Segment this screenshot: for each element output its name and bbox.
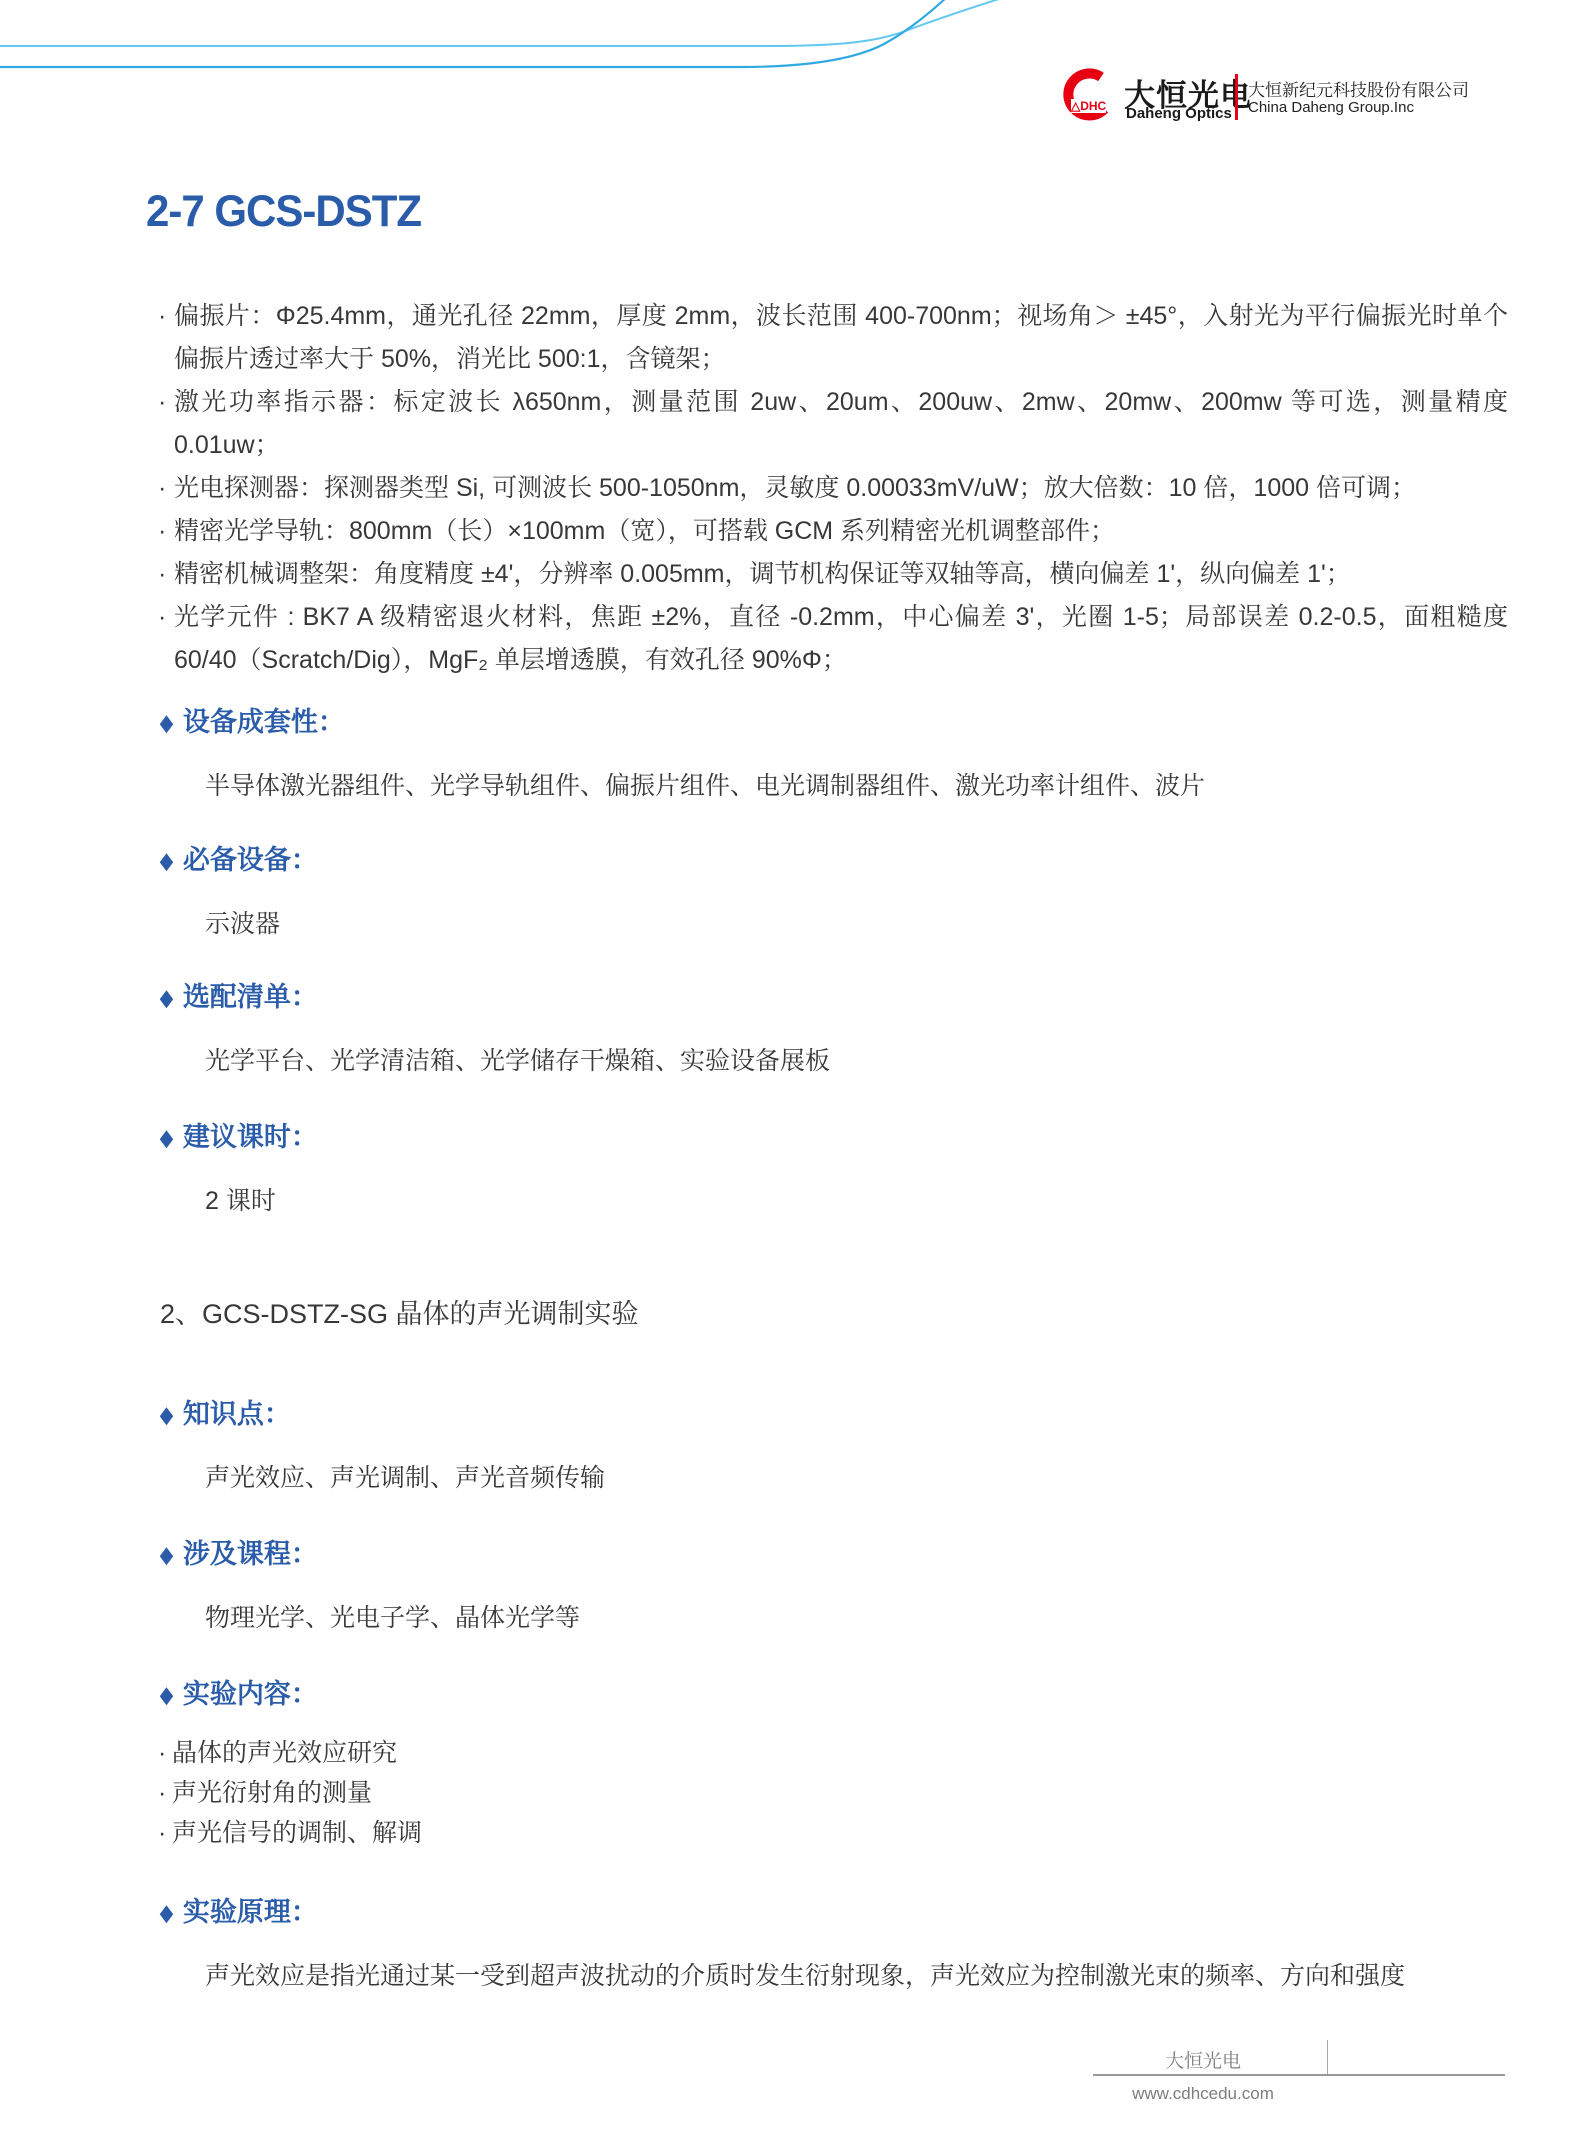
- page-title: 2-7 GCS-DSTZ: [146, 186, 421, 236]
- diamond-icon: ◆: [160, 1682, 173, 1708]
- spec-item: · 偏振片：Φ25.4mm，通光孔径 22mm，厚度 2mm，波长范围 400-…: [158, 295, 1508, 381]
- section-heading-text: 必备设备：: [183, 845, 318, 875]
- section-optional-list: ◆选配清单： 光学平台、光学清洁箱、光学储存干燥箱、实验设备展板: [158, 975, 1508, 1077]
- list-item-text: 晶体的声光效应研究: [172, 1739, 397, 1767]
- spec-list: · 偏振片：Φ25.4mm，通光孔径 22mm，厚度 2mm，波长范围 400-…: [158, 295, 1508, 682]
- section-experiment-principle: ◆实验原理： 声光效应是指光通过某一受到超声波扰动的介质时发生衍射现象，声光效应…: [158, 1890, 1508, 1992]
- red-c-arc: [1068, 73, 1104, 115]
- section-heading: ◆实验原理：: [158, 1890, 1508, 1929]
- brand-name-en: Daheng Optics: [1126, 105, 1232, 122]
- spec-item: · 精密光学导轨：800mm（长）×100mm（宽），可搭载 GCM 系列精密光…: [158, 510, 1508, 553]
- spec-text: 激光功率指示器：标定波长 λ650nm，测量范围 2uw、20um、200uw、…: [174, 388, 1508, 459]
- section-content: 半导体激光器组件、光学导轨组件、偏振片组件、电光调制器组件、激光功率计组件、波片: [205, 766, 1508, 802]
- spec-text: 光电探测器：探测器类型 Si, 可测波长 500-1050nm，灵敏度 0.00…: [174, 474, 1416, 502]
- bullet-icon: ·: [158, 1773, 166, 1813]
- section-equipment-set: ◆设备成套性： 半导体激光器组件、光学导轨组件、偏振片组件、电光调制器组件、激光…: [158, 700, 1508, 802]
- spec-item: · 精密机械调整架：角度精度 ±4'，分辨率 0.005mm，调节机构保证等双轴…: [158, 553, 1508, 596]
- section-experiment-contents: ◆实验内容： · 晶体的声光效应研究 · 声光衍射角的测量 · 声光信号的调制、…: [158, 1672, 1508, 1853]
- section-heading-text: 实验内容：: [183, 1679, 318, 1709]
- diamond-icon: ◆: [160, 1542, 173, 1568]
- section-heading-text: 设备成套性：: [183, 707, 345, 737]
- swoosh-curve-top: [0, 0, 1040, 46]
- section-heading-text: 知识点：: [183, 1399, 291, 1429]
- bullet-icon: ·: [158, 596, 166, 639]
- diamond-icon: ◆: [160, 1125, 173, 1151]
- list-item-text: 声光信号的调制、解调: [172, 1819, 422, 1847]
- spec-text: 精密机械调整架：角度精度 ±4'，分辨率 0.005mm，调节机构保证等双轴等高…: [174, 560, 1351, 588]
- section-heading: ◆选配清单：: [158, 975, 1508, 1014]
- section-content: 示波器: [205, 904, 1508, 940]
- list-item: · 声光衍射角的测量: [158, 1773, 1508, 1813]
- footer-website-link[interactable]: www.cdhcedu.com: [1093, 2084, 1313, 2104]
- diamond-icon: ◆: [160, 710, 173, 736]
- spec-text: 偏振片：Φ25.4mm，通光孔径 22mm，厚度 2mm，波长范围 400-70…: [174, 302, 1508, 373]
- spec-text: 光学元件 : BK7 A 级精密退火材料，焦距 ±2%，直径 -0.2mm，中心…: [174, 603, 1508, 674]
- logo-divider-bar: [1235, 74, 1238, 120]
- footer-divider-line: [1093, 2074, 1505, 2076]
- section-heading-text: 建议课时：: [183, 1122, 318, 1152]
- diamond-icon: ◆: [160, 1900, 173, 1926]
- section-heading: ◆建议课时：: [158, 1115, 1508, 1154]
- section-content: 声光效应是指光通过某一受到超声波扰动的介质时发生衍射现象，声光效应为控制激光束的…: [205, 1956, 1455, 1992]
- dhc-ring-icon: [1062, 68, 1118, 124]
- section-heading: ◆实验内容：: [158, 1672, 1508, 1711]
- section-heading: ◆知识点：: [158, 1392, 1508, 1431]
- bullet-icon: ·: [158, 1733, 166, 1773]
- swoosh-curve-bottom: [0, 0, 958, 67]
- section-heading: ◆涉及课程：: [158, 1532, 1508, 1571]
- document-page: △DHC 大恒光电 Daheng Optics 大恒新纪元科技股份有限公司 Ch…: [0, 0, 1587, 2154]
- section-heading: ◆必备设备：: [158, 838, 1508, 877]
- section-heading: ◆设备成套性：: [158, 700, 1508, 739]
- list-item: · 声光信号的调制、解调: [158, 1813, 1508, 1853]
- spec-item: · 光学元件 : BK7 A 级精密退火材料，焦距 ±2%，直径 -0.2mm，…: [158, 596, 1508, 682]
- section-suggested-hours: ◆建议课时： 2 课时: [158, 1115, 1508, 1217]
- list-item-text: 声光衍射角的测量: [172, 1779, 372, 1807]
- section-required-equipment: ◆必备设备： 示波器: [158, 838, 1508, 940]
- bullet-icon: ·: [158, 381, 166, 424]
- experiment-title: 2、GCS-DSTZ-SG 晶体的声光调制实验: [160, 1292, 639, 1331]
- spec-item: · 激光功率指示器：标定波长 λ650nm，测量范围 2uw、20um、200u…: [158, 381, 1508, 467]
- page-footer: 大恒光电 www.cdhcedu.com: [0, 2030, 1587, 2154]
- diamond-icon: ◆: [160, 985, 173, 1011]
- section-content: 物理光学、光电子学、晶体光学等: [205, 1598, 1508, 1634]
- section-content: 2 课时: [205, 1181, 1508, 1217]
- section-heading-text: 涉及课程：: [183, 1539, 318, 1569]
- footer-tick-mark: [1327, 2040, 1328, 2076]
- spec-item: · 光电探测器：探测器类型 Si, 可测波长 500-1050nm，灵敏度 0.…: [158, 467, 1508, 510]
- bullet-icon: ·: [158, 1813, 166, 1853]
- diamond-icon: ◆: [160, 848, 173, 874]
- diamond-icon: ◆: [160, 1402, 173, 1428]
- company-name-en: China Daheng Group.Inc: [1248, 99, 1414, 116]
- company-name-cn: 大恒新纪元科技股份有限公司: [1248, 76, 1469, 101]
- section-heading-text: 实验原理：: [183, 1897, 318, 1927]
- list-item: · 晶体的声光效应研究: [158, 1733, 1508, 1773]
- bullet-icon: ·: [158, 510, 166, 553]
- bullet-icon: ·: [158, 467, 166, 510]
- footer-brand: 大恒光电: [1093, 2046, 1313, 2073]
- section-content: 光学平台、光学清洁箱、光学储存干燥箱、实验设备展板: [205, 1041, 1508, 1077]
- section-knowledge-points: ◆知识点： 声光效应、声光调制、声光音频传输: [158, 1392, 1508, 1494]
- bullet-icon: ·: [158, 295, 166, 338]
- bullet-icon: ·: [158, 553, 166, 596]
- section-content: 声光效应、声光调制、声光音频传输: [205, 1458, 1508, 1494]
- spec-text: 精密光学导轨：800mm（长）×100mm（宽），可搭载 GCM 系列精密光机调…: [174, 517, 1115, 545]
- experiment-content-list: · 晶体的声光效应研究 · 声光衍射角的测量 · 声光信号的调制、解调: [158, 1733, 1508, 1853]
- section-heading-text: 选配清单：: [183, 982, 318, 1012]
- section-related-courses: ◆涉及课程： 物理光学、光电子学、晶体光学等: [158, 1532, 1508, 1634]
